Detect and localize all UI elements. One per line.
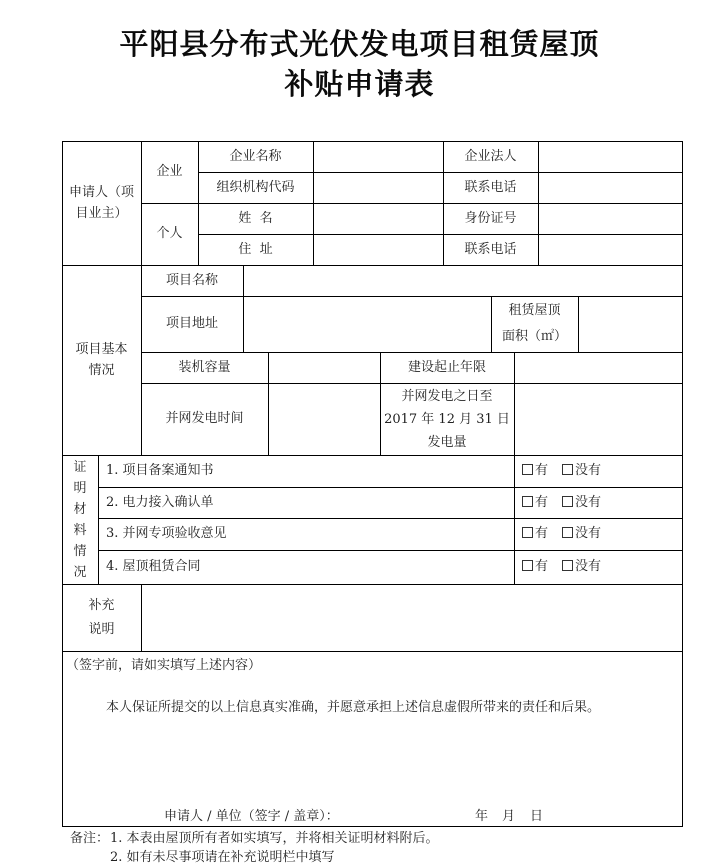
no-checkbox[interactable]: 没有 (562, 523, 601, 545)
checkbox-icon (562, 527, 573, 538)
divider (62, 651, 683, 652)
declaration-note: （签字前，请如实填写上述内容） (66, 654, 261, 673)
project-section-label: 项目基本 情况 (62, 265, 141, 455)
signature-field[interactable] (360, 800, 460, 822)
generation-amount-field[interactable] (514, 383, 682, 455)
enterprise-phone-field[interactable] (538, 172, 682, 203)
date-month-label: 月 (502, 805, 515, 824)
address-field[interactable] (313, 234, 443, 265)
remarks-prefix: 备注： (70, 827, 109, 846)
enterprise-label: 企业 (141, 141, 198, 203)
project-address-field[interactable] (243, 296, 491, 352)
yes-checkbox[interactable]: 有 (522, 556, 548, 578)
enterprise-legal-label: 企业法人 (443, 141, 538, 172)
org-code-field[interactable] (313, 172, 443, 203)
documents-section-label: 证 明 材 料 情 况 (62, 455, 98, 584)
document-item-label: 4. 屋顶租赁合同 (98, 550, 514, 584)
enterprise-legal-field[interactable] (538, 141, 682, 172)
individual-label: 个人 (141, 203, 198, 265)
construction-period-label: 建设起止年限 (380, 352, 514, 383)
project-name-label: 项目名称 (141, 265, 243, 296)
checkbox-icon (562, 464, 573, 475)
org-code-label: 组织机构代码 (198, 172, 313, 203)
document-item-checkboxes: 有 没有 (514, 550, 682, 584)
project-name-field[interactable] (243, 265, 682, 296)
remarks-line2: 2. 如有未尽事项请在补充说明栏中填写 (110, 846, 335, 865)
address-label: 住 址 (198, 234, 313, 265)
id-number-field[interactable] (538, 203, 682, 234)
roof-area-field[interactable] (578, 296, 682, 352)
document-item-label: 2. 电力接入确认单 (98, 487, 514, 518)
grid-connection-time-field[interactable] (268, 383, 380, 455)
supplement-label: 补充 说明 (62, 584, 141, 651)
generation-amount-label: 并网发电之日至 2017 年 12 月 31 日 发电量 (380, 383, 514, 455)
capacity-field[interactable] (268, 352, 380, 383)
enterprise-name-field[interactable] (313, 141, 443, 172)
enterprise-phone-label: 联系电话 (443, 172, 538, 203)
enterprise-name-label: 企业名称 (198, 141, 313, 172)
project-address-label: 项目地址 (141, 296, 243, 352)
document-item-checkboxes: 有 没有 (514, 518, 682, 550)
date-year-label: 年 (475, 805, 488, 824)
checkbox-icon (522, 560, 533, 571)
declaration-statement: 本人保证所提交的以上信息真实准确，并愿意承担上述信息虚假所带来的责任和后果。 (106, 696, 600, 715)
form-title-line2: 补贴申请表 (0, 62, 719, 103)
yes-checkbox[interactable]: 有 (522, 460, 548, 482)
no-checkbox[interactable]: 没有 (562, 460, 601, 482)
checkbox-icon (522, 464, 533, 475)
no-checkbox[interactable]: 没有 (562, 492, 601, 514)
supplement-field[interactable] (141, 584, 682, 651)
individual-phone-field[interactable] (538, 234, 682, 265)
remarks-line1: 1. 本表由屋顶所有者如实填写，并将相关证明材料附后。 (110, 827, 439, 846)
document-item-checkboxes: 有 没有 (514, 487, 682, 518)
no-checkbox[interactable]: 没有 (562, 556, 601, 578)
applicant-section-label: 申请人（项 目业主） (62, 141, 141, 265)
checkbox-icon (522, 496, 533, 507)
date-day-label: 日 (530, 805, 543, 824)
checkbox-icon (562, 496, 573, 507)
yes-checkbox[interactable]: 有 (522, 523, 548, 545)
document-item-label: 3. 并网专项验收意见 (98, 518, 514, 550)
grid-connection-time-label: 并网发电时间 (141, 383, 268, 455)
roof-area-label: 租赁屋顶 面积（㎡） (491, 296, 578, 352)
capacity-label: 装机容量 (141, 352, 268, 383)
form-title-line1: 平阳县分布式光伏发电项目租赁屋顶 (0, 22, 719, 63)
table-border-right (682, 141, 683, 827)
id-number-label: 身份证号 (443, 203, 538, 234)
individual-phone-label: 联系电话 (443, 234, 538, 265)
construction-period-field[interactable] (514, 352, 682, 383)
signature-label: 申请人 / 单位（签字 / 盖章）： (164, 805, 339, 824)
name-field[interactable] (313, 203, 443, 234)
checkbox-icon (562, 560, 573, 571)
document-item-checkboxes: 有 没有 (514, 455, 682, 487)
name-label: 姓 名 (198, 203, 313, 234)
checkbox-icon (522, 527, 533, 538)
document-item-label: 1. 项目备案通知书 (98, 455, 514, 487)
yes-checkbox[interactable]: 有 (522, 492, 548, 514)
